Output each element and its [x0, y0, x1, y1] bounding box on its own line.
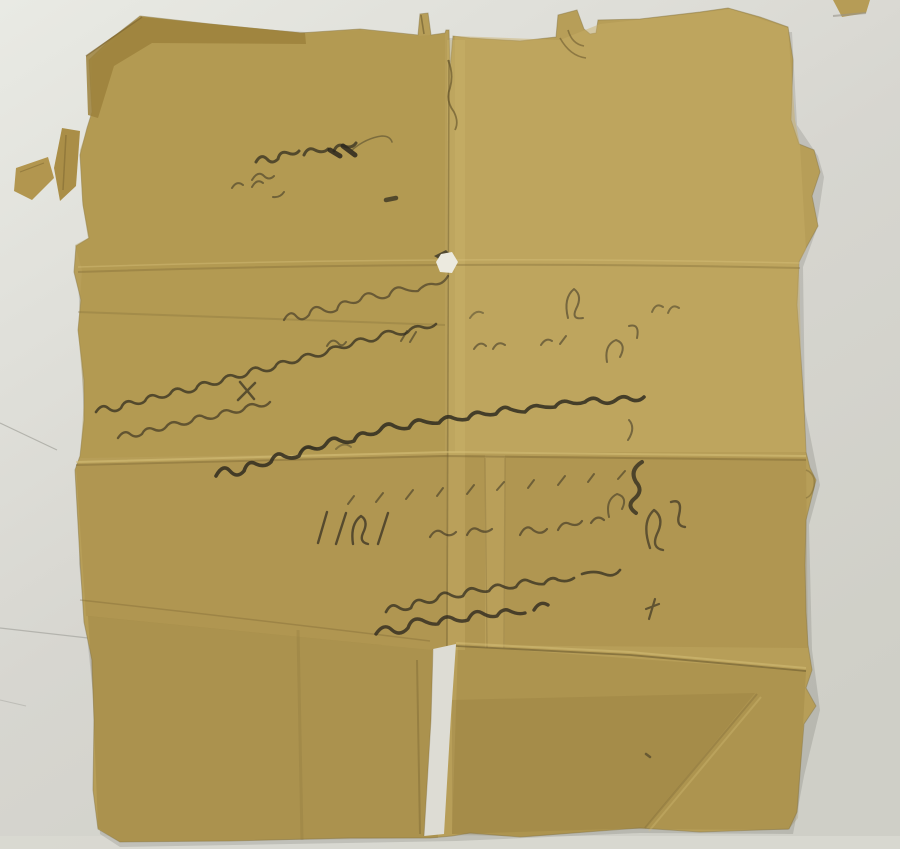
photo-canvas	[0, 0, 900, 849]
ink-stroke-speck-blob	[386, 198, 396, 200]
photograph-of-torn-letter	[0, 0, 900, 849]
section-top-right-light	[455, 9, 806, 452]
bottom-left-flap-shade	[88, 616, 438, 842]
paper-sheet	[14, 0, 870, 847]
center-fold-highlight	[447, 40, 465, 650]
section-top-left-olive	[75, 18, 445, 458]
